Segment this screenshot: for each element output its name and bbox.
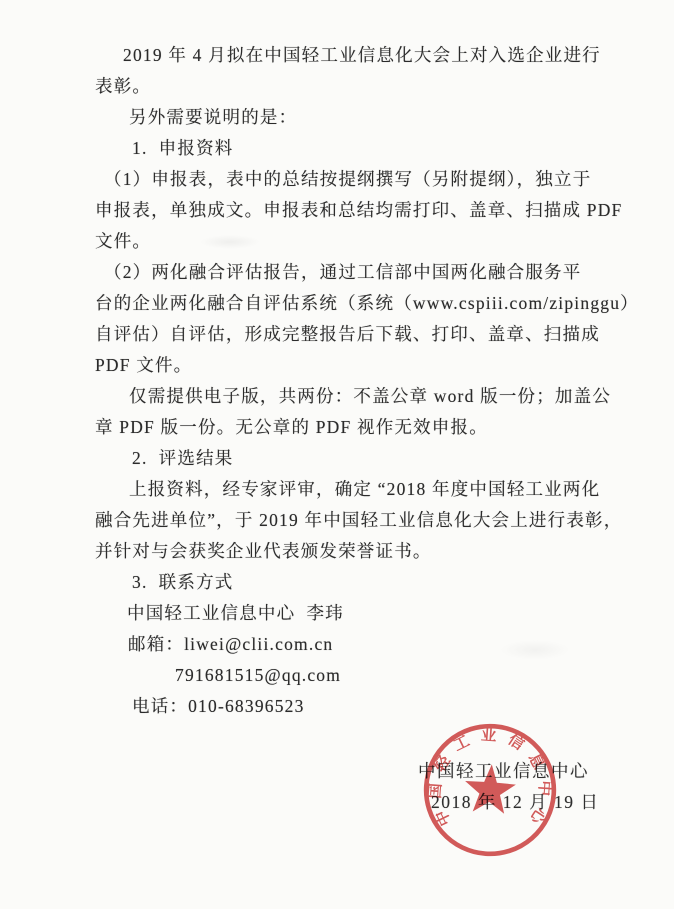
contact-email-line: 邮箱：liwei@clii.com.cn — [128, 632, 333, 656]
body-text-line: 仅需提供电子版，共两份：不盖公章 word 版一份；加盖公 — [129, 384, 611, 408]
contact-phone-line: 电话：010-68396523 — [132, 694, 305, 718]
body-text-line: 上报资料，经专家评审，确定 “2018 年度中国轻工业两化 — [129, 477, 600, 501]
body-text-line: （2）两化融合评估报告，通过工信部中国两化融合服务平 — [104, 260, 581, 284]
body-text-line: 表彰。 — [95, 74, 151, 98]
body-text-line: 融合先进单位”，于 2019 年中国轻工业信息化大会上进行表彰， — [95, 508, 622, 532]
body-text-line: 申报表，单独成文。申报表和总结均需打印、盖章、扫描成 PDF — [95, 198, 622, 222]
body-text-line: 2. 评选结果 — [132, 446, 233, 470]
body-text-line: 并针对与会获奖企业代表颁发荣誉证书。 — [95, 539, 432, 563]
body-text-line: 文件。 — [95, 229, 151, 253]
body-text-line: （1）申报表，表中的总结按提纲撰写（另附提纲），独立于 — [104, 167, 591, 191]
contact-email2-line: 791681515@qq.com — [175, 663, 341, 687]
body-text-line: 台的企业两化融合自评估系统（系统（www.cspiii.com/zipinggu… — [95, 291, 639, 315]
body-text-line: 1. 申报资料 — [132, 136, 233, 160]
official-seal: 中国轻工业信息中心 — [416, 716, 563, 863]
scan-smudge — [200, 235, 260, 249]
body-text-line: PDF 文件。 — [95, 353, 192, 377]
body-text-line: 章 PDF 版一份。无公章的 PDF 视作无效申报。 — [95, 415, 488, 439]
body-text-line: 3. 联系方式 — [132, 570, 233, 594]
body-text-line: 2019 年 4 月拟在中国轻工业信息化大会上对入选企业进行 — [123, 43, 601, 67]
scan-smudge — [500, 640, 570, 660]
contact-org-line: 中国轻工业信息中心 李玮 — [127, 601, 344, 625]
body-text-line: 自评估）自评估，形成完整报告后下载、打印、盖章、扫描成 — [95, 322, 600, 346]
seal-star-icon — [463, 763, 517, 815]
body-text-line: 另外需要说明的是： — [129, 105, 297, 129]
scanned-document-page: 2019 年 4 月拟在中国轻工业信息化大会上对入选企业进行 表彰。 另外需要说… — [0, 0, 674, 909]
